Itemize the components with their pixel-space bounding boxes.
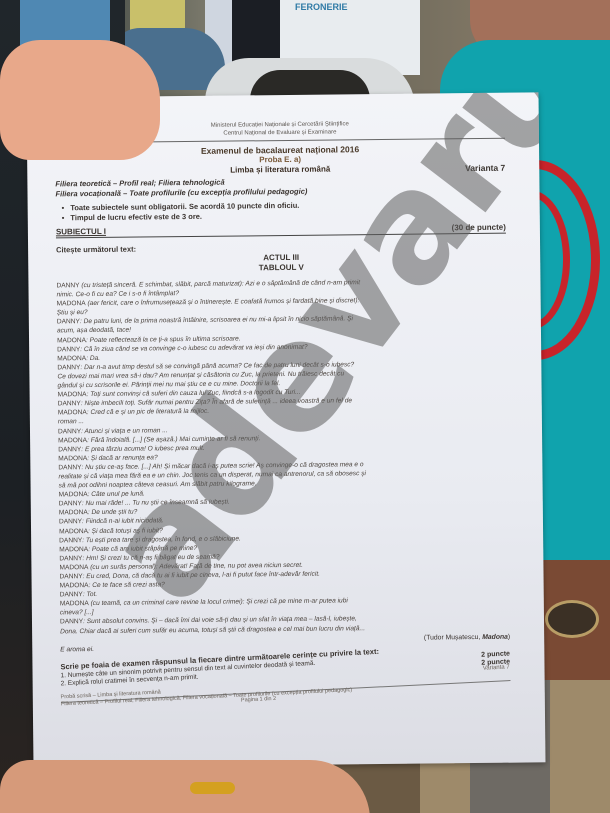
wristwatch-icon: [545, 600, 599, 638]
ring-icon: [190, 782, 235, 794]
speaker-name: DANNY: [58, 446, 81, 453]
speaker-name: MADONA: [59, 509, 88, 516]
speaker-name: MADONA: [58, 391, 87, 398]
speaker-name: MADONA: [60, 582, 89, 589]
speaker-name: MADONA: [59, 491, 88, 498]
speaker-name: DANNY: [60, 619, 83, 626]
citation-author: (Tudor Mușatescu,: [424, 634, 482, 642]
dialog-text: DANNY (cu tristeță sinceră. E schimbat, …: [56, 277, 510, 636]
speaker-text: : Ce te face să crezi asta?: [89, 581, 165, 589]
page-number: Pagina 1 din 2: [241, 696, 276, 705]
speaker-name: MADONA: [59, 546, 88, 553]
speaker-text: : Fiindcă n-ai iubit niciodată.: [82, 518, 164, 526]
speaker-name: MADONA: [58, 437, 87, 444]
hand-holding-paper-bottom: [0, 760, 370, 813]
speaker-name: DANNY: [59, 519, 82, 526]
hand-holding-paper-top: [0, 40, 160, 160]
speaker-name: DANNY: [56, 282, 79, 289]
speaker-name: DANNY: [58, 464, 81, 471]
speaker-name: MADONA: [58, 455, 87, 462]
footer-variant: Varianta 7: [483, 664, 510, 672]
speaker-name: MADONA: [59, 528, 88, 535]
speaker-text: : E prea târziu acuma! O iubesc prea mul…: [81, 445, 205, 453]
speaker-text: : Poate că am iubit stăpână pe mine?: [88, 545, 197, 553]
speaker-text: Știu și eu?: [57, 309, 88, 316]
speaker-text: nimic. Ce-o fi cu ea? Ce i s-o fi întâmp…: [57, 290, 179, 298]
speaker-text: Dona. Chiar dacă ai suferi cum sufăr eu …: [60, 625, 365, 635]
speaker-name: DANNY: [57, 364, 80, 371]
speaker-name: DANNY: [59, 537, 82, 544]
speaker-name: MADONA: [60, 600, 89, 607]
citation-work: Madona: [482, 633, 508, 640]
section-header: SUBIECTUL I (30 de puncte): [56, 222, 506, 239]
speaker-text: (cu tristeță sinceră. E schimbat, slăbit…: [80, 279, 361, 289]
speaker-name: DANNY: [60, 591, 83, 598]
speaker-text: să mă pot odihni noaptea câteva ceasuri.…: [59, 480, 257, 489]
speaker-name: MADONA: [57, 300, 86, 307]
speaker-text: acum, așa deodată, tace!: [57, 327, 131, 335]
speaker-name: MADONA: [58, 409, 87, 416]
speaker-text: : De unde știi tu?: [88, 509, 138, 517]
speaker-text: cineva? [...]: [60, 609, 94, 616]
speaker-name: MADONA: [57, 337, 86, 344]
speaker-name: DANNY: [57, 346, 80, 353]
speaker-text: : Poate reflectează la ce ți-a spus în u…: [86, 335, 241, 344]
speaker-text: : Și dacă ar renunța ea?: [87, 454, 157, 462]
speaker-name: DANNY: [59, 500, 82, 507]
speaker-text: : Hm! Și crezi tu că n-aș fi băgat eu de…: [82, 554, 219, 562]
speaker-name: DANNY: [59, 573, 82, 580]
speaker-name: DANNY: [58, 400, 81, 407]
shop-sign-text: FERONERIE: [295, 2, 348, 12]
speaker-text: : Nu mai râde! ... Tu nu știi ce înseamn…: [82, 499, 230, 508]
exam-document: Ministerul Educației Naționale și Cercet…: [55, 119, 511, 708]
speaker-name: DANNY: [59, 555, 82, 562]
section-points: (30 de puncte): [452, 222, 506, 234]
speaker-name: MADONA: [59, 564, 88, 571]
speaker-name: MADONA: [57, 355, 86, 362]
speaker-text: : Că în ziua când se va convinge c-o iub…: [80, 343, 307, 352]
speaker-name: DANNY: [57, 319, 80, 326]
speaker-text: : Eu cred, Dona, că dacă tu ai fi iubit …: [83, 571, 320, 580]
speaker-text: roman ...: [58, 419, 84, 426]
speaker-text: : Și dacă totuși aș fi iubit?: [88, 527, 163, 535]
filiera-info: Filiera teoretică – Profil real; Filiera…: [55, 175, 505, 200]
speaker-text: : Câte unul pe lună.: [88, 491, 145, 499]
exam-rules: Toate subiectele sunt obligatorii. Se ac…: [62, 199, 506, 224]
speaker-text: : Da.: [86, 355, 100, 362]
citation-close: ): [508, 633, 510, 640]
speaker-text: : Tot.: [83, 591, 97, 598]
speaker-text: : Tu ești prea tare și dragostea, în fon…: [82, 535, 241, 544]
speaker-text: Ce dovezi mai mari vrea să-i dau? Am ren…: [57, 370, 344, 380]
speaker-text: : Fără îndoială. [...] (Se așază.) Mai c…: [87, 435, 260, 444]
section-title: SUBIECTUL I: [56, 226, 106, 238]
speaker-name: DANNY: [58, 428, 81, 435]
exam-paper: Ministerul Educației Naționale și Cercet…: [27, 92, 546, 767]
speaker-text: : Atunci și viața e un roman ...: [81, 427, 168, 435]
speaker-text: : Cred că e și un pic de literatură la m…: [87, 408, 209, 416]
